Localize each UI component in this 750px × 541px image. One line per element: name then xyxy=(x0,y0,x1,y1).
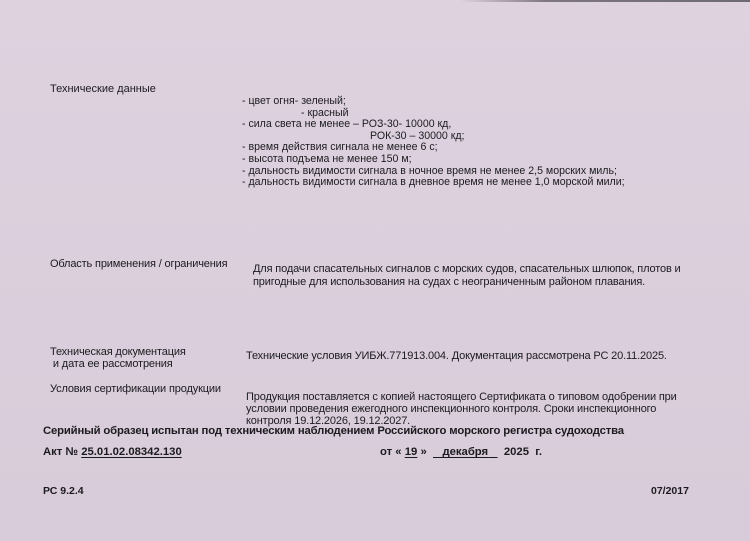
cert-conditions-label: Условия сертификации продукции xyxy=(50,383,221,396)
form-date: 07/2017 xyxy=(651,485,689,497)
act-month-text: декабря xyxy=(442,446,488,458)
act-year-suffix: г. xyxy=(535,446,542,458)
tech-docs-label-2: и дата ее рассмотрения xyxy=(50,358,173,371)
act-date: от « 19 » декабря 2025 г. xyxy=(380,446,542,458)
form-code: РС 9.2.4 xyxy=(43,485,84,497)
technical-data-list: - цвет огня- зеленый; - красный - сила с… xyxy=(242,96,625,189)
serial-statement: Серийный образец испытан под техническим… xyxy=(43,425,624,437)
certificate-page: Технические данные - цвет огня- зеленый;… xyxy=(0,0,750,541)
act-number-line: Акт № 25.01.02.08342.130 xyxy=(43,446,182,458)
spec-line: - цвет огня- зеленый; xyxy=(242,96,625,108)
cert-conditions-line: условии проведения ежегодного инспекцион… xyxy=(246,403,656,416)
scope-label: Область применения / ограничения xyxy=(50,258,227,271)
spec-line: - высота подъема не менее 150 м; xyxy=(242,154,625,166)
act-prefix: Акт № xyxy=(43,446,78,458)
act-day: 19 xyxy=(405,446,418,458)
tech-docs-value: Технические условия УИБЖ.771913.004. Док… xyxy=(246,350,667,363)
scope-line: Для подачи спасательных сигналов с морск… xyxy=(253,263,681,276)
cert-conditions-line: Продукция поставляется с копией настояще… xyxy=(246,391,677,404)
technical-data-label: Технические данные xyxy=(50,83,156,96)
act-date-mid: » xyxy=(420,446,426,458)
act-month: декабря xyxy=(433,446,498,458)
spec-line: - дальность видимости сигнала в дневное … xyxy=(242,177,625,189)
act-year: 2025 xyxy=(504,446,529,458)
scan-edge xyxy=(460,0,750,2)
act-number: 25.01.02.08342.130 xyxy=(81,446,182,458)
act-date-prefix: от « xyxy=(380,446,402,458)
scope-line: пригодные для использования на судах с н… xyxy=(253,276,645,289)
